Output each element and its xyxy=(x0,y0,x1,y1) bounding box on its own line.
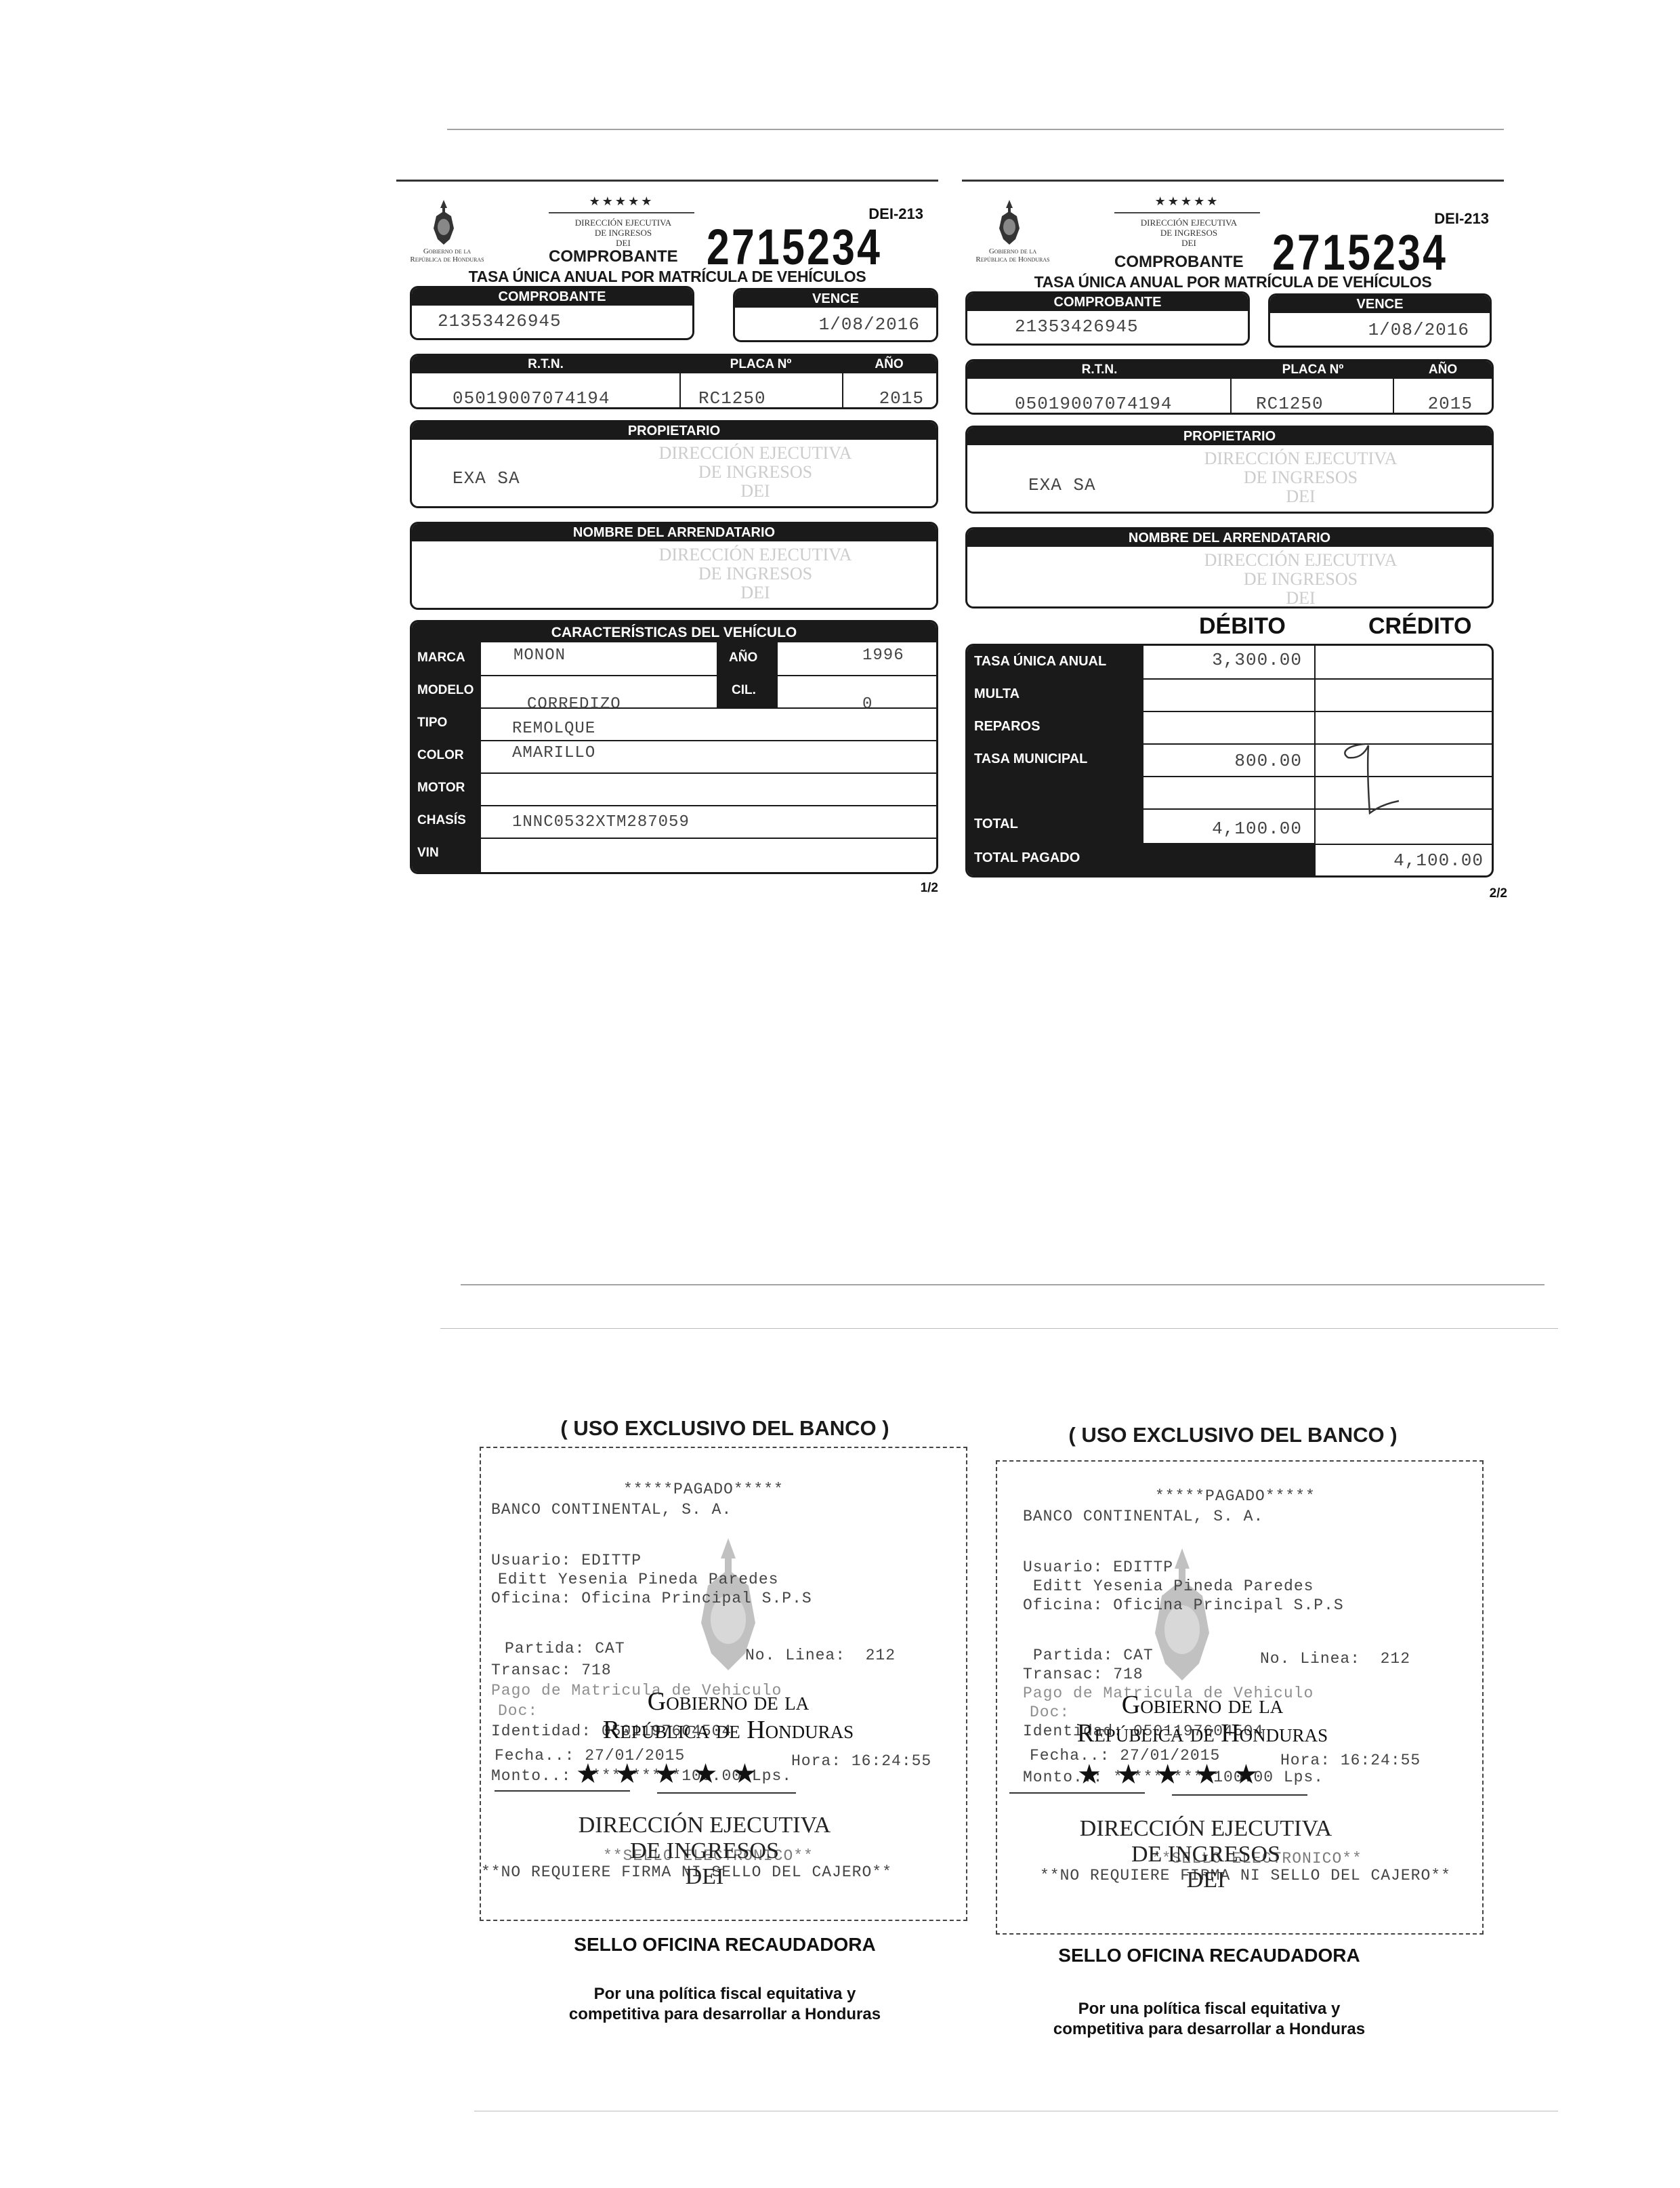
scan-edge-top xyxy=(447,129,1504,130)
bank-office: Oficina: Oficina Principal S.P.S xyxy=(491,1590,812,1607)
paid-status: *****PAGADO***** xyxy=(1155,1487,1316,1505)
bank-partida: Partida: CAT xyxy=(1033,1647,1154,1664)
marca-label: MARCA xyxy=(417,651,465,665)
bank-user-name: Editt Yesenia Pineda Paredes xyxy=(498,1571,778,1588)
government-line-1: Gobierno de la xyxy=(403,247,491,255)
row-divider xyxy=(1143,711,1492,712)
tasa-unica-debit: 3,300.00 xyxy=(1212,650,1302,670)
anio-label: AÑO xyxy=(1394,361,1492,379)
gov-stamp-line-2: República de Honduras xyxy=(532,1716,925,1744)
total-pagado-debit-block xyxy=(1143,843,1316,875)
stars-icon: ★★★★★ xyxy=(569,194,674,209)
dei-stamp-line-3: DEI xyxy=(555,1864,854,1890)
vence-field-label: VENCE xyxy=(1270,295,1490,313)
motto-line-2: competitiva para desarrollar a Honduras xyxy=(467,2004,982,2025)
bank-time: Hora: 16:24:55 xyxy=(791,1752,931,1770)
comprobante-number: 2715234 xyxy=(1272,226,1448,280)
row-divider xyxy=(1143,808,1492,810)
row-divider xyxy=(481,675,936,676)
arrendatario-label: NOMBRE DEL ARRENDATARIO xyxy=(967,529,1492,547)
top-rule xyxy=(396,180,938,182)
motto-line-2: competitiva para desarrollar a Honduras xyxy=(915,2019,1504,2040)
top-rule xyxy=(962,180,1504,182)
agency-line-1: DIRECCIÓN EJECUTIVA xyxy=(1118,218,1260,228)
comprobante-field-value: 21353426945 xyxy=(967,311,1248,337)
comprobante-field-label: COMPROBANTE xyxy=(967,293,1248,311)
placa-label: PLACA Nº xyxy=(1232,361,1394,379)
stars-icon: ★★★★★ xyxy=(1135,194,1240,209)
row-divider xyxy=(1143,678,1492,680)
receipt-copy-2: Gobierno de la República de Honduras ★★★… xyxy=(962,180,1504,911)
arrendatario-field: NOMBRE DEL ARRENDATARIO xyxy=(965,527,1494,608)
amount-rule xyxy=(657,1792,796,1794)
agency-line-2: DE INGRESOS xyxy=(1118,228,1260,238)
agency-name: DIRECCIÓN EJECUTIVA DE INGRESOS DEI xyxy=(552,218,694,248)
bank-name: BANCO CONTINENTAL, S. A. xyxy=(1023,1508,1263,1525)
rtn-label: R.T.N. xyxy=(967,361,1232,379)
row-divider xyxy=(481,740,936,741)
government-line-1: Gobierno de la xyxy=(969,247,1057,255)
receipt-subtitle: TASA ÚNICA ANUAL POR MATRÍCULA DE VEHÍCU… xyxy=(962,273,1504,291)
stars-rule xyxy=(549,212,694,213)
agency-line-3: DEI xyxy=(1118,238,1260,248)
tipo-label: TIPO xyxy=(417,716,447,730)
motto-line-1: Por una política fiscal equitativa y xyxy=(915,1999,1504,2019)
collection-office-seal-label: SELLO OFICINA RECAUDADORA xyxy=(915,1945,1504,1966)
bank-stamp-2: ( USO EXCLUSIVO DEL BANCO ) *****PAGADO*… xyxy=(989,1423,1504,2046)
charge-label-tasa-unica: TASA ÚNICA ANUAL xyxy=(974,654,1106,669)
page-number: 1/2 xyxy=(921,881,938,896)
row-divider xyxy=(481,805,936,806)
total-debit: 4,100.00 xyxy=(1212,819,1302,839)
vehicle-anio-label: AÑO xyxy=(729,651,757,665)
page-number: 2/2 xyxy=(1490,886,1507,901)
agency-line-3: DEI xyxy=(552,238,694,248)
gov-stamp-line-1: Gobierno de la xyxy=(1016,1691,1389,1719)
total-pagado-value: 4,100.00 xyxy=(1393,850,1484,871)
comprobante-field-label: COMPROBANTE xyxy=(412,288,692,306)
amount-rule xyxy=(495,1790,630,1792)
anio-value: 2015 xyxy=(1428,394,1473,414)
bank-use-title: ( USO EXCLUSIVO DEL BANCO ) xyxy=(962,1423,1504,1447)
handwritten-check-mark-icon xyxy=(1328,739,1402,827)
arrendatario-value xyxy=(967,547,1492,574)
arrendatario-field: NOMBRE DEL ARRENDATARIO xyxy=(410,522,938,610)
vehicle-title: CARACTERÍSTICAS DEL VEHÍCULO xyxy=(412,622,936,642)
color-label: COLOR xyxy=(417,748,464,763)
anio-label: AÑO xyxy=(842,356,936,373)
dei-stamp: DIRECCIÓN EJECUTIVA DE INGRESOS DEI xyxy=(1070,1816,1341,1893)
motto-line-1: Por una política fiscal equitativa y xyxy=(467,1984,982,2004)
comprobante-label: COMPROBANTE xyxy=(1114,253,1244,272)
bank-user-id: Usuario: EDITTP xyxy=(491,1552,642,1569)
bank-office: Oficina: Oficina Principal S.P.S xyxy=(1023,1596,1344,1614)
gov-stamp-line-2: República de Honduras xyxy=(1016,1719,1389,1748)
vence-field-value: 1/08/2016 xyxy=(1270,313,1490,340)
government-stamp: Gobierno de la República de Honduras xyxy=(1016,1691,1389,1748)
charge-label-reparos: REPAROS xyxy=(974,719,1040,735)
comprobante-field: COMPROBANTE 21353426945 xyxy=(410,286,694,340)
vehicle-anio-value: 1996 xyxy=(862,646,904,665)
government-line-2: República de Honduras xyxy=(969,255,1057,264)
tasa-municipal-debit: 800.00 xyxy=(1234,751,1302,771)
vin-label: VIN xyxy=(417,846,439,861)
propietario-label: PROPIETARIO xyxy=(967,428,1492,445)
arrendatario-value xyxy=(412,541,936,570)
stamp-stars-icon: ★★★★★ xyxy=(1077,1759,1273,1790)
row-divider xyxy=(481,838,936,839)
column-divider xyxy=(1314,646,1316,875)
bank-user-id: Usuario: EDITTP xyxy=(1023,1559,1173,1576)
collection-office-seal-label: SELLO OFICINA RECAUDADORA xyxy=(467,1934,982,1956)
bank-transaction: Transac: 718 xyxy=(491,1661,612,1679)
scan-edge-divider xyxy=(461,1284,1545,1285)
propietario-field: PROPIETARIO EXA SA xyxy=(965,426,1494,514)
comprobante-label: COMPROBANTE xyxy=(549,247,678,266)
government-line-2: República de Honduras xyxy=(403,255,491,264)
rtn-value: 05019007074194 xyxy=(453,388,610,409)
dei-stamp-line-1: DIRECCIÓN EJECUTIVA xyxy=(555,1813,854,1838)
vehicle-characteristics: CARACTERÍSTICAS DEL VEHÍCULO MARCA MODEL… xyxy=(410,620,938,874)
agency-line-2: DE INGRESOS xyxy=(552,228,694,238)
total-pagado-label: TOTAL PAGADO xyxy=(974,850,1080,866)
propietario-value: EXA SA xyxy=(967,445,1492,495)
charge-label-multa: MULTA xyxy=(974,686,1020,702)
color-value: AMARILLO xyxy=(512,744,595,762)
scan-edge-divider-2 xyxy=(440,1328,1558,1329)
rtn-placa-anio-field: R.T.N. PLACA Nº AÑO 05019007074194 RC125… xyxy=(965,359,1494,415)
rtn-label: R.T.N. xyxy=(412,356,679,373)
bank-user-name: Editt Yesenia Pineda Paredes xyxy=(1033,1577,1314,1595)
agency-name: DIRECCIÓN EJECUTIVA DE INGRESOS DEI xyxy=(1118,218,1260,248)
dei-stamp: DIRECCIÓN EJECUTIVA DE INGRESOS DEI xyxy=(555,1813,854,1890)
bank-linea: No. Linea: 212 xyxy=(745,1647,896,1664)
receipt-copy-1: Gobierno de la República de Honduras ★★★… xyxy=(396,180,938,911)
modelo-value: CORREDIZO xyxy=(527,695,621,714)
propietario-label: PROPIETARIO xyxy=(412,422,936,440)
bank-stamp-1: ( USO EXCLUSIVO DEL BANCO ) *****PAGADO*… xyxy=(467,1416,982,2040)
government-name: Gobierno de la República de Honduras xyxy=(969,247,1057,264)
cil-label: CIL. xyxy=(732,683,756,698)
scan-edge-bottom xyxy=(474,2111,1558,2111)
row-divider xyxy=(1143,776,1492,777)
paid-status: *****PAGADO***** xyxy=(623,1481,784,1498)
placa-label: PLACA Nº xyxy=(679,356,842,373)
agency-line-1: DIRECCIÓN EJECUTIVA xyxy=(552,218,694,228)
honduras-coat-of-arms-icon xyxy=(427,199,461,247)
motto: Por una política fiscal equitativa y com… xyxy=(915,1999,1504,2040)
bank-transaction: Transac: 718 xyxy=(1023,1666,1143,1683)
propietario-value: EXA SA xyxy=(412,440,936,489)
vence-field: VENCE 1/08/2016 xyxy=(1268,293,1492,348)
dei-stamp-line-3: DEI xyxy=(1070,1867,1341,1893)
motor-label: MOTOR xyxy=(417,781,465,796)
marca-value: MONON xyxy=(513,646,566,665)
dei-stamp-line-2: DE INGRESOS xyxy=(555,1838,854,1864)
receipt-subtitle: TASA ÚNICA ANUAL POR MATRÍCULA DE VEHÍCU… xyxy=(396,268,938,286)
gov-stamp-line-1: Gobierno de la xyxy=(532,1687,925,1716)
amount-rule xyxy=(1172,1794,1307,1796)
rtn-value: 05019007074194 xyxy=(1015,394,1172,414)
amount-rule xyxy=(1009,1792,1145,1794)
row-divider xyxy=(1143,743,1492,745)
stamp-stars-icon: ★★★★★ xyxy=(576,1758,772,1790)
vence-field-label: VENCE xyxy=(735,290,936,308)
placa-value: RC1250 xyxy=(1256,394,1324,414)
tipo-value: REMOLQUE xyxy=(512,720,595,738)
bank-linea: No. Linea: 212 xyxy=(1260,1650,1410,1668)
honduras-coat-of-arms-icon xyxy=(992,199,1026,247)
vence-field-value: 1/08/2016 xyxy=(735,308,936,335)
anio-value: 2015 xyxy=(879,388,924,409)
chasis-label: CHASÍS xyxy=(417,813,466,828)
row-divider xyxy=(481,772,936,774)
charge-label-tasa-municipal: TASA MUNICIPAL xyxy=(974,751,1087,767)
chasis-value: 1NNC0532XTM287059 xyxy=(512,813,690,831)
dei-stamp-line-1: DIRECCIÓN EJECUTIVA xyxy=(1070,1816,1341,1842)
charge-label-total: TOTAL xyxy=(974,817,1018,832)
comprobante-field-value: 21353426945 xyxy=(412,306,692,331)
bank-use-title: ( USO EXCLUSIVO DEL BANCO ) xyxy=(467,1416,982,1441)
cil-value: 0 xyxy=(862,695,873,714)
placa-value: RC1250 xyxy=(698,388,766,409)
arrendatario-label: NOMBRE DEL ARRENDATARIO xyxy=(412,524,936,541)
government-stamp: Gobierno de la República de Honduras xyxy=(532,1687,925,1744)
modelo-label: MODELO xyxy=(417,683,474,698)
bank-partida: Partida: CAT xyxy=(505,1640,625,1657)
bank-name: BANCO CONTINENTAL, S. A. xyxy=(491,1501,732,1519)
stars-rule xyxy=(1114,212,1260,213)
bank-time: Hora: 16:24:55 xyxy=(1280,1752,1421,1769)
comprobante-field: COMPROBANTE 21353426945 xyxy=(965,291,1250,346)
government-name: Gobierno de la República de Honduras xyxy=(403,247,491,264)
vence-field: VENCE 1/08/2016 xyxy=(733,288,938,342)
debit-header: DÉBITO xyxy=(1199,613,1286,640)
motto: Por una política fiscal equitativa y com… xyxy=(467,1984,982,2025)
propietario-field: PROPIETARIO EXA SA xyxy=(410,420,938,508)
credit-header: CRÉDITO xyxy=(1368,613,1471,640)
charges-table: TASA ÚNICA ANUAL MULTA REPAROS TASA MUNI… xyxy=(965,644,1494,878)
comprobante-number: 2715234 xyxy=(707,220,882,274)
dei-stamp-line-2: DE INGRESOS xyxy=(1070,1842,1341,1867)
rtn-placa-anio-field: R.T.N. PLACA Nº AÑO 05019007074194 RC125… xyxy=(410,354,938,409)
